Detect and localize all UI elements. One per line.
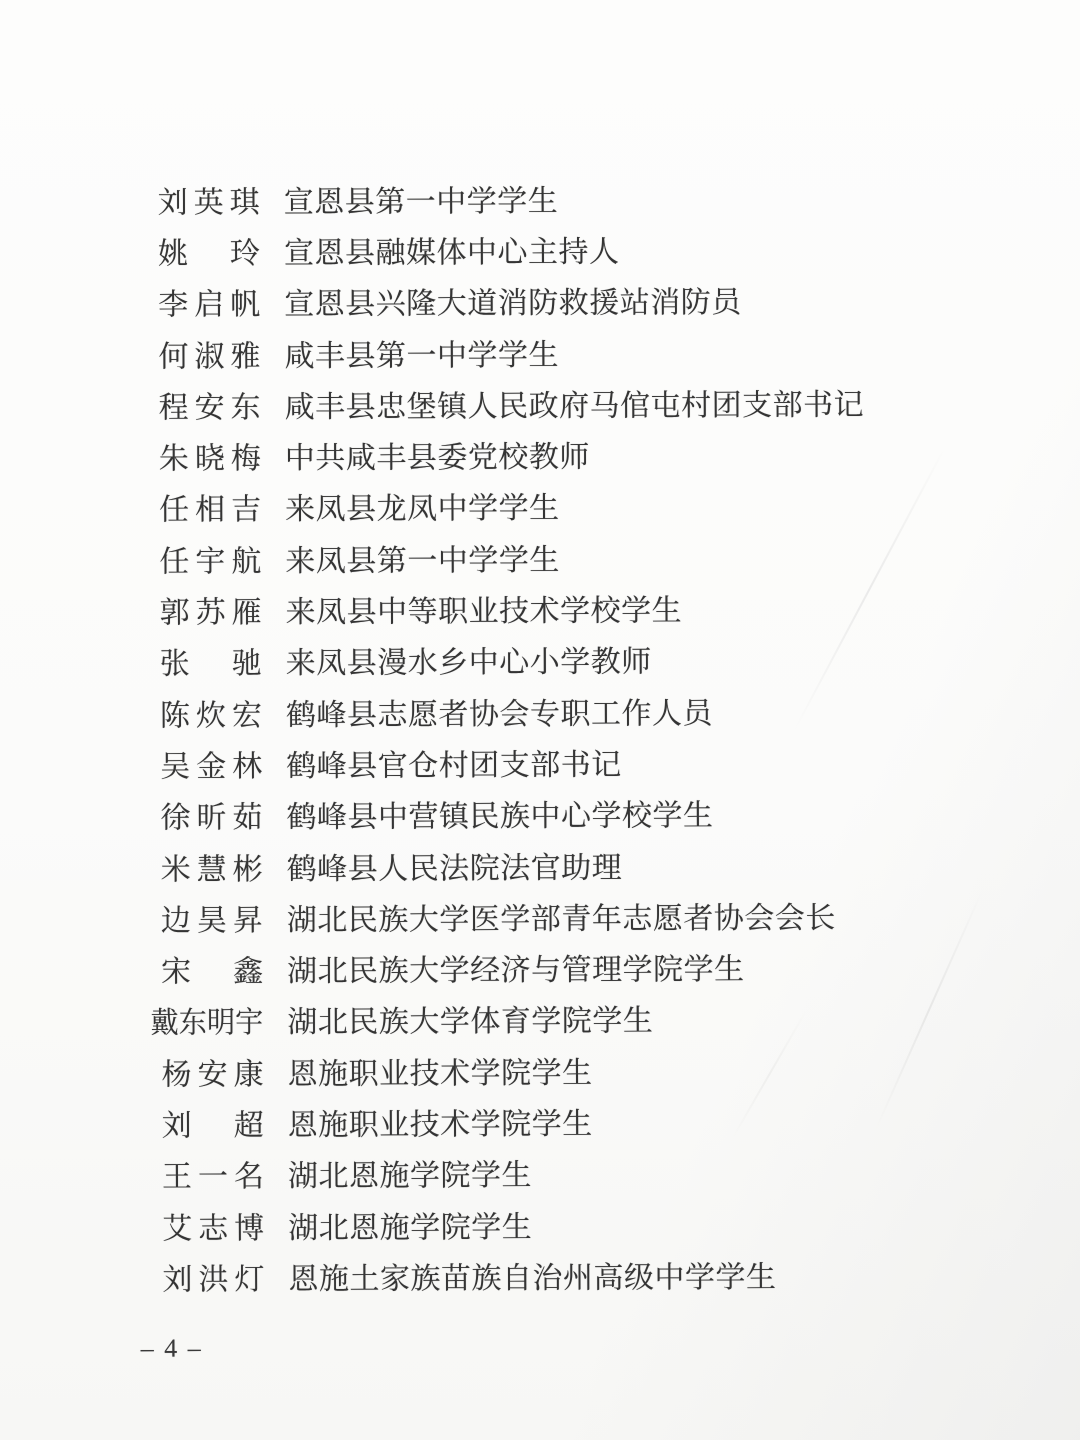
recipient-name: 郭苏雁: [159, 584, 261, 636]
list-item: 杨安康恩施职业技术学院学生: [161, 1043, 867, 1097]
recipient-position: 来凤县中等职业技术学校学生: [285, 585, 682, 631]
recipient-position: 湖北民族大学医学部青年志愿者协会会长: [287, 893, 836, 939]
recipient-name: 米慧彬: [161, 840, 263, 892]
recipient-position: 鹤峰县官仓村团支部书记: [286, 740, 622, 785]
recipient-name: 何淑雅: [158, 327, 260, 379]
list-item: 徐昕茹鹤峰县中营镇民族中心学校学生: [160, 786, 866, 840]
list-item: 刘超恩施职业技术学院学生: [162, 1094, 868, 1148]
recipient-position: 恩施土家族苗族自治州高级中学学生: [288, 1252, 776, 1298]
recipient-name: 任宇航: [159, 532, 261, 584]
recipient-name: 李启帆: [158, 276, 260, 328]
page-number: – 4 –: [141, 1333, 203, 1363]
recipient-name: 杨安康: [161, 1045, 263, 1097]
recipient-name: 朱晓梅: [159, 430, 261, 482]
recipient-position: 湖北民族大学体育学院学生: [287, 996, 653, 1042]
list-item: 艾志博湖北恩施学院学生: [162, 1197, 868, 1251]
recipient-name: 宋鑫: [161, 943, 263, 995]
list-item: 张驰来凤县漫水乡中心小学教师: [160, 632, 866, 686]
recipient-position: 恩施职业技术学院学生: [287, 1047, 592, 1092]
recipient-position: 宣恩县第一中学学生: [284, 176, 559, 221]
list-item: 郭苏雁来凤县中等职业技术学校学生: [159, 581, 865, 635]
list-item: 王一名湖北恩施学院学生: [162, 1145, 868, 1199]
recipient-position: 宣恩县融媒体中心主持人: [284, 227, 620, 272]
recipient-name: 艾志博: [162, 1199, 264, 1251]
recipient-name: 边昊昇: [161, 891, 263, 943]
recipient-name: 徐昕茹: [160, 789, 262, 841]
list-item: 吴金林鹤峰县官仓村团支部书记: [160, 735, 866, 789]
list-item: 宋鑫湖北民族大学经济与管理学院学生: [161, 940, 867, 994]
recipient-name: 刘洪灯: [162, 1250, 264, 1302]
recipient-position: 来凤县第一中学学生: [285, 535, 560, 580]
list-item: 李启帆宣恩县兴隆大道消防救援站消防员: [158, 273, 864, 327]
list-item: 戴东明宇湖北民族大学体育学院学生: [161, 991, 867, 1045]
list-item: 任宇航来凤县第一中学学生: [159, 530, 865, 584]
recipient-name: 程安东: [159, 378, 261, 430]
recipient-name: 陈炊宏: [160, 686, 262, 738]
recipient-position: 恩施职业技术学院学生: [288, 1099, 593, 1144]
page-content: 刘英琪宣恩县第一中学学生姚玲宣恩县融媒体中心主持人李启帆宣恩县兴隆大道消防救援站…: [0, 0, 1080, 1440]
document-page: 刘英琪宣恩县第一中学学生姚玲宣恩县融媒体中心主持人李启帆宣恩县兴隆大道消防救援站…: [0, 0, 1080, 1440]
recipient-name: 戴东明宇: [161, 994, 263, 1046]
recipient-name: 王一名: [162, 1148, 264, 1200]
recipient-position: 鹤峰县中营镇民族中心学校学生: [286, 790, 713, 836]
recipient-name: 任相吉: [159, 481, 261, 533]
recipient-position: 来凤县龙凤中学学生: [285, 483, 560, 528]
recipient-name: 刘超: [162, 1097, 264, 1149]
list-item: 朱晓梅中共咸丰县委党校教师: [159, 427, 865, 481]
recipient-position: 湖北恩施学院学生: [288, 1202, 532, 1247]
recipient-position: 湖北民族大学经济与管理学院学生: [287, 944, 745, 990]
recipient-position: 湖北恩施学院学生: [288, 1150, 532, 1195]
list-item: 陈炊宏鹤峰县志愿者协会专职工作人员: [160, 684, 866, 738]
list-item: 边昊昇湖北民族大学医学部青年志愿者协会会长: [161, 889, 867, 943]
recipient-list: 刘英琪宣恩县第一中学学生姚玲宣恩县融媒体中心主持人李启帆宣恩县兴隆大道消防救援站…: [158, 171, 868, 1303]
recipient-position: 咸丰县第一中学学生: [284, 329, 559, 374]
recipient-position: 来凤县漫水乡中心小学教师: [286, 637, 652, 683]
list-item: 何淑雅咸丰县第一中学学生: [158, 324, 864, 378]
recipient-name: 吴金林: [160, 737, 262, 789]
list-item: 姚玲宣恩县融媒体中心主持人: [158, 222, 864, 276]
recipient-position: 鹤峰县志愿者协会专职工作人员: [286, 688, 713, 734]
recipient-name: 刘英琪: [158, 173, 260, 225]
recipient-position: 鹤峰县人民法院法官助理: [287, 842, 623, 887]
recipient-position: 宣恩县兴隆大道消防救援站消防员: [284, 277, 742, 323]
recipient-position: 咸丰县忠堡镇人民政府马倌屯村团支部书记: [285, 379, 865, 426]
list-item: 米慧彬鹤峰县人民法院法官助理: [161, 837, 867, 891]
list-item: 刘洪灯恩施土家族苗族自治州高级中学学生: [162, 1248, 868, 1302]
recipient-name: 姚玲: [158, 225, 260, 277]
recipient-name: 张驰: [160, 635, 262, 687]
list-item: 程安东咸丰县忠堡镇人民政府马倌屯村团支部书记: [159, 376, 865, 430]
recipient-position: 中共咸丰县委党校教师: [285, 432, 590, 477]
list-item: 刘英琪宣恩县第一中学学生: [158, 171, 864, 225]
list-item: 任相吉来凤县龙凤中学学生: [159, 478, 865, 532]
